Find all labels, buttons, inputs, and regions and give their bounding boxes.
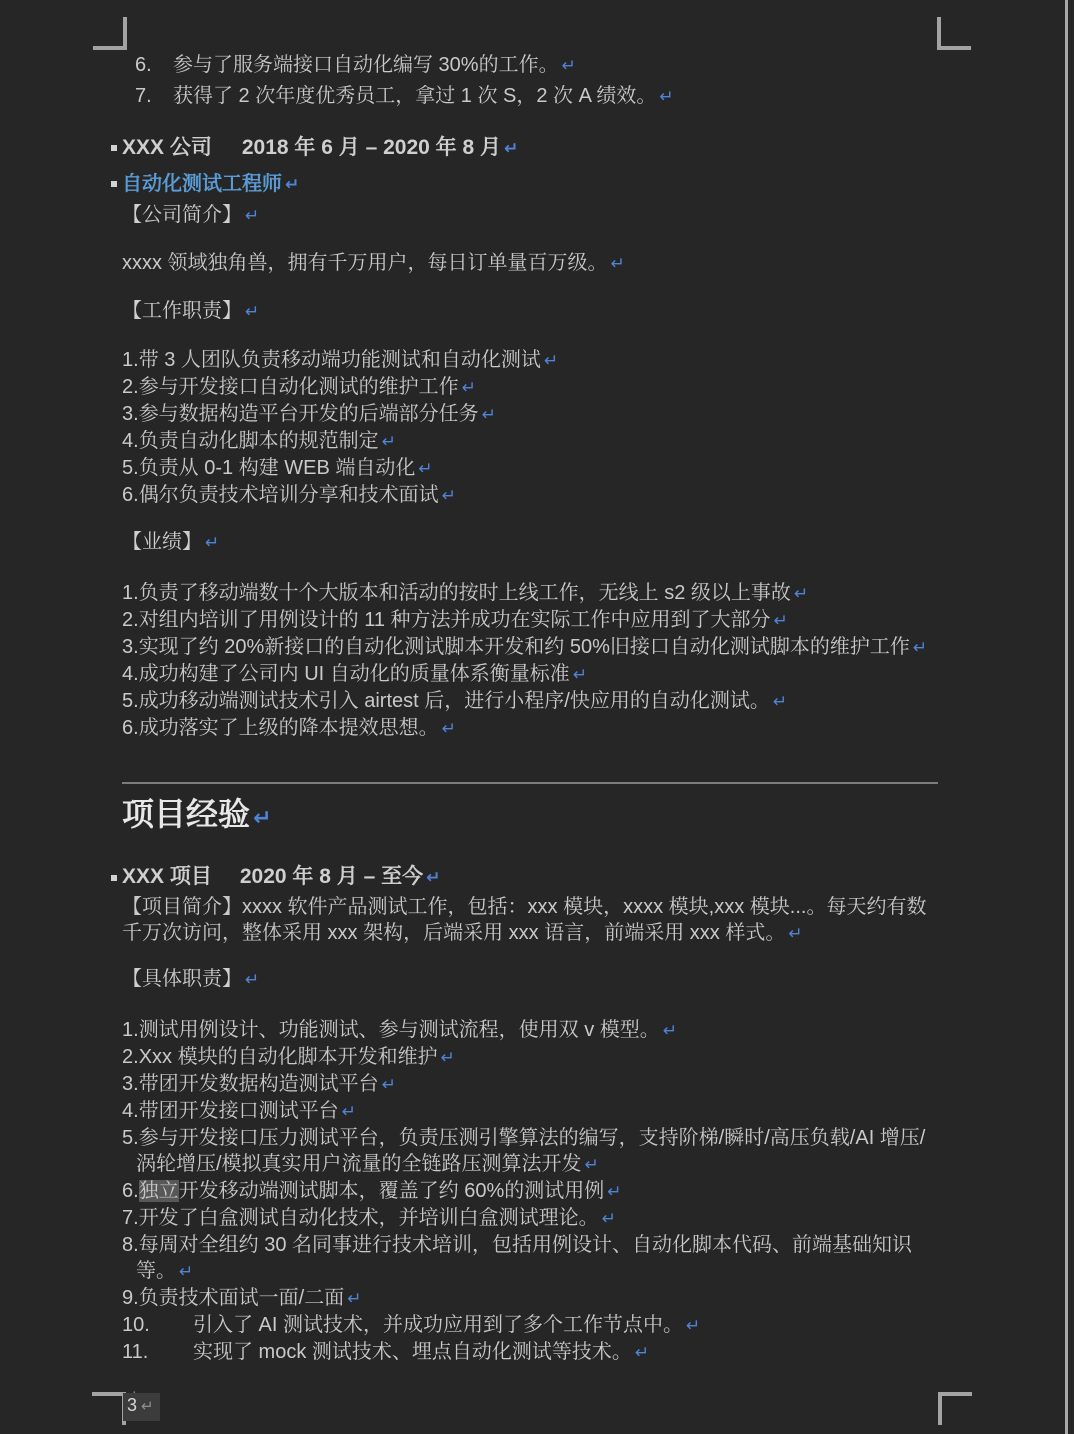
page-number: 3 (127, 1395, 137, 1415)
list-item[interactable]: 5.成功移动端测试技术引入 airtest 后，进行小程序/快应用的自动化测试。… (122, 688, 938, 715)
list-item[interactable]: 9.负责技术面试一面/二面↵ (122, 1285, 938, 1312)
label-text: 【业绩】 (122, 531, 202, 553)
list-item[interactable]: 7.获得了 2 次年度优秀员工，拿过 1 次 S，2 次 A 绩效。↵ (122, 83, 938, 110)
projects-section: 项目经验↵ (122, 782, 938, 837)
item-text: 参与了服务端接口自动化编写 30%的工作。 (173, 54, 559, 76)
paragraph-mark-icon: ↵ (285, 175, 299, 194)
item-text: 对组内培训了用例设计的 11 种方法并成功在实际工作中应用到了大部分 (139, 609, 771, 631)
item-number: 3. (122, 636, 139, 658)
list-item[interactable]: 6.偶尔负责技术培训分享和技术面试↵ (122, 482, 938, 509)
list-item[interactable]: 11.实现了 mock 测试技术、埋点自动化测试等技术。↵ (122, 1339, 938, 1366)
item-number: 2. (122, 376, 139, 398)
paragraph-mark-icon: ↵ (418, 459, 432, 478)
list-item[interactable]: 3.实现了约 20%新接口的自动化测试脚本开发和约 50%旧接口自动化测试脚本的… (122, 634, 938, 661)
item-number: 2. (122, 609, 139, 631)
paragraph-mark-icon: ↵ (482, 405, 496, 424)
paragraph-mark-icon: ↵ (611, 254, 625, 273)
list-item[interactable]: 6.成功落实了上级的降本提效思想。↵ (122, 715, 938, 742)
company-intro-paragraph[interactable]: xxxx 领域独角兽，拥有千万用户，每日订单量百万级。↵ (122, 250, 938, 277)
list-item[interactable]: 3.带团开发数据构造测试平台↵ (122, 1071, 938, 1098)
paragraph-mark-icon: ↵ (585, 1155, 599, 1174)
item-number: 6. (122, 717, 139, 739)
item-number: 5. (122, 690, 139, 712)
list-item[interactable]: 7.开发了白盒测试自动化技术，并培训白盒测试理论。↵ (122, 1205, 938, 1232)
item-number: 5. (122, 457, 139, 479)
item-text: 参与数据构造平台开发的后端部分任务 (139, 403, 479, 425)
previous-section-list: 6.参与了服务端接口自动化编写 30%的工作。↵ 7.获得了 2 次年度优秀员工… (122, 52, 938, 110)
paragraph-mark-icon: ↵ (462, 378, 476, 397)
list-item[interactable]: 6.独立开发移动端测试脚本，覆盖了约 60%的测试用例↵ (122, 1178, 938, 1205)
item-text: 负责从 0-1 构建 WEB 端自动化 (139, 457, 416, 479)
paragraph-mark-icon: ↵ (205, 533, 219, 552)
item-text: 成功构建了公司内 UI 自动化的质量体系衡量标准 (139, 663, 570, 685)
projects-section-title[interactable]: 项目经验↵ (122, 795, 938, 837)
paragraph-mark-icon: ↵ (347, 1289, 361, 1308)
label-text: 【公司简介】 (122, 204, 242, 226)
list-item[interactable]: 2.Xxx 模块的自动化脚本开发和维护↵ (122, 1044, 938, 1071)
paragraph-mark-icon: ↵ (573, 665, 587, 684)
paragraph-mark-icon: ↵ (382, 432, 396, 451)
item-number: 1. (122, 582, 139, 604)
paragraph-mark-icon: ↵ (562, 56, 576, 75)
company-duties-label[interactable]: 【工作职责】↵ (122, 298, 938, 325)
item-text: 获得了 2 次年度优秀员工，拿过 1 次 S，2 次 A 绩效。 (173, 85, 656, 107)
empty-paragraph[interactable]: ↵ (122, 1387, 938, 1408)
item-number: 1. (122, 349, 139, 371)
item-text: 实现了约 20%新接口的自动化测试脚本开发和约 50%旧接口自动化测试脚本的维护… (139, 636, 910, 658)
list-item[interactable]: 2.对组内培训了用例设计的 11 种方法并成功在实际工作中应用到了大部分↵ (122, 607, 938, 634)
item-number: 10. (122, 1312, 193, 1338)
paragraph-mark-icon: ↵ (773, 692, 787, 711)
section-title-text: 项目经验 (122, 796, 250, 832)
item-text: 带团开发数据构造测试平台 (139, 1073, 379, 1095)
item-number: 8. (122, 1234, 139, 1256)
item-text: 引入了 AI 测试技术，并成功应用到了多个工作节点中。 (193, 1314, 683, 1336)
paragraph-mark-icon: ↵ (607, 1182, 621, 1201)
page-number-field[interactable]: 3↵ (123, 1393, 160, 1421)
item-text: 负责了移动端数十个大版本和活动的按时上线工作，无线上 s2 级以上事故 (139, 582, 791, 604)
highlighted-text: 独立 (139, 1180, 179, 1202)
item-text: 负责技术面试一面/二面 (139, 1287, 345, 1309)
text-boundary-mark-bottom-left (92, 1392, 126, 1425)
paragraph-mark-icon: ↵ (179, 1262, 193, 1281)
list-item[interactable]: 1.负责了移动端数十个大版本和活动的按时上线工作，无线上 s2 级以上事故↵ (122, 580, 938, 607)
heading-bullet-icon (111, 875, 117, 881)
project-heading[interactable]: XXX 项目2020 年 8 月 – 至今↵ (122, 864, 938, 891)
paragraph-mark-icon: ↵ (602, 1209, 616, 1228)
list-item[interactable]: 1.带 3 人团队负责移动端功能测试和自动化测试↵ (122, 347, 938, 374)
list-item[interactable]: 4.带团开发接口测试平台↵ (122, 1098, 938, 1125)
paragraph-mark-icon: ↵ (659, 87, 673, 106)
item-number: 4. (122, 430, 139, 452)
company-heading[interactable]: XXX 公司2018 年 6 月 – 2020 年 8 月↵ (122, 134, 938, 163)
paragraph-mark-icon: ↵ (544, 351, 558, 370)
heading-bullet-icon (111, 145, 117, 151)
item-number: 6. (135, 52, 173, 79)
paragraph-mark-icon: ↵ (342, 1102, 356, 1121)
item-number: 6. (122, 1180, 139, 1202)
paragraph-mark-icon: ↵ (442, 486, 456, 505)
text-boundary-mark-bottom-right (938, 1392, 972, 1425)
paragraph-text: xxxx 领域独角兽，拥有千万用户，每日订单量百万级。 (122, 252, 608, 274)
list-item[interactable]: 5.负责从 0-1 构建 WEB 端自动化↵ (122, 455, 938, 482)
item-text: 带 3 人团队负责移动端功能测试和自动化测试 (139, 349, 541, 371)
item-number: 7. (135, 83, 173, 110)
company-achievements-label[interactable]: 【业绩】↵ (122, 529, 938, 556)
right-window-edge (1065, 0, 1068, 1434)
heading-bullet-icon (111, 181, 117, 187)
list-item[interactable]: 1.测试用例设计、功能测试、参与测试流程，使用双 v 模型。↵ (122, 1017, 938, 1044)
paragraph-mark-icon: ↵ (794, 584, 808, 603)
item-number: 1. (122, 1019, 139, 1041)
list-item[interactable]: 8.每周对全组约 30 名同事进行技术培训，包括用例设计、自动化脚本代码、前端基… (122, 1232, 938, 1285)
item-number: 3. (122, 1073, 139, 1095)
item-text: 开发了白盒测试自动化技术，并培训白盒测试理论。 (139, 1207, 599, 1229)
paragraph-mark-icon: ↵ (442, 719, 456, 738)
paragraph-mark-icon: ↵ (663, 1021, 677, 1040)
project-name: XXX 项目 (122, 865, 212, 888)
item-text: 测试用例设计、功能测试、参与测试流程，使用双 v 模型。 (139, 1019, 660, 1041)
document-content: 6.参与了服务端接口自动化编写 30%的工作。↵ 7.获得了 2 次年度优秀员工… (122, 52, 938, 1408)
paragraph-mark-icon: ↵ (774, 611, 788, 630)
paragraph-mark-icon: ↵ (253, 805, 271, 830)
page-footer: 3↵ (123, 1393, 160, 1421)
item-number: 5. (122, 1127, 139, 1149)
company-duties-list: 1.带 3 人团队负责移动端功能测试和自动化测试↵ 2.参与开发接口自动化测试的… (122, 347, 938, 509)
item-text: Xxx 模块的自动化脚本开发和维护 (139, 1046, 438, 1068)
company-period: 2018 年 6 月 – 2020 年 8 月 (242, 136, 501, 159)
label-text: 【工作职责】 (122, 300, 242, 322)
project-intro-paragraph[interactable]: 【项目简介】xxxx 软件产品测试工作，包括：xxx 模块，xxxx 模块,xx… (122, 894, 938, 947)
list-item[interactable]: 5.参与开发接口压力测试平台，负责压测引擎算法的编写，支持阶梯/瞬时/高压负载/… (122, 1125, 938, 1178)
paragraph-mark-icon: ↵ (788, 924, 802, 943)
job-title-heading[interactable]: 自动化测试工程师↵ (122, 172, 938, 197)
text-boundary-mark-top-right (937, 17, 971, 50)
company-name: XXX 公司 (122, 136, 212, 159)
item-text: 带团开发接口测试平台 (139, 1100, 339, 1122)
item-text: 每周对全组约 30 名同事进行技术培训，包括用例设计、自动化脚本代码、前端基础知… (136, 1234, 912, 1282)
project-duties-list: 1.测试用例设计、功能测试、参与测试流程，使用双 v 模型。↵ 2.Xxx 模块… (122, 1017, 938, 1366)
paragraph-text: 【项目简介】xxxx 软件产品测试工作，包括：xxx 模块，xxxx 模块,xx… (122, 896, 926, 944)
item-text: 实现了 mock 测试技术、埋点自动化测试等技术。 (193, 1341, 632, 1363)
item-number: 2. (122, 1046, 139, 1068)
paragraph-mark-icon: ↵ (635, 1343, 649, 1362)
item-number: 7. (122, 1207, 139, 1229)
document-page[interactable]: 6.参与了服务端接口自动化编写 30%的工作。↵ 7.获得了 2 次年度优秀员工… (0, 0, 1074, 1434)
list-item[interactable]: 4.负责自动化脚本的规范制定↵ (122, 428, 938, 455)
item-number: 9. (122, 1287, 139, 1309)
paragraph-mark-icon: ↵ (245, 302, 259, 321)
item-text: 负责自动化脚本的规范制定 (139, 430, 379, 452)
paragraph-mark-icon: ↵ (441, 1048, 455, 1067)
company-achievements-list: 1.负责了移动端数十个大版本和活动的按时上线工作，无线上 s2 级以上事故↵ 2… (122, 580, 938, 742)
item-text: 开发移动端测试脚本，覆盖了约 60%的测试用例 (179, 1180, 605, 1202)
item-number: 11. (122, 1339, 193, 1365)
paragraph-mark-icon: ↵ (382, 1075, 396, 1094)
item-number: 6. (122, 484, 139, 506)
paragraph-mark-icon: ↵ (141, 1398, 154, 1415)
item-text: 偶尔负责技术培训分享和技术面试 (139, 484, 439, 506)
item-number: 3. (122, 403, 139, 425)
paragraph-mark-icon: ↵ (686, 1316, 700, 1335)
paragraph-mark-icon: ↵ (913, 638, 927, 657)
item-text: 成功落实了上级的降本提效思想。 (139, 717, 439, 739)
paragraph-mark-icon: ↵ (426, 868, 440, 887)
job-title: 自动化测试工程师 (122, 173, 282, 195)
project-duties-label[interactable]: 【具体职责】↵ (122, 966, 938, 993)
paragraph-mark-icon: ↵ (245, 970, 259, 989)
paragraph-mark-icon: ↵ (245, 206, 259, 225)
list-item[interactable]: 10.引入了 AI 测试技术，并成功应用到了多个工作节点中。↵ (122, 1312, 938, 1339)
list-item[interactable]: 6.参与了服务端接口自动化编写 30%的工作。↵ (122, 52, 938, 79)
paragraph-mark-icon: ↵ (504, 139, 518, 158)
item-number: 4. (122, 663, 139, 685)
list-item[interactable]: 2.参与开发接口自动化测试的维护工作↵ (122, 374, 938, 401)
list-item[interactable]: 3.参与数据构造平台开发的后端部分任务↵ (122, 401, 938, 428)
label-text: 【具体职责】 (122, 968, 242, 990)
text-boundary-mark-top-left (93, 17, 127, 50)
project-period: 2020 年 8 月 – 至今 (240, 865, 423, 888)
list-item[interactable]: 4.成功构建了公司内 UI 自动化的质量体系衡量标准↵ (122, 661, 938, 688)
item-text: 参与开发接口自动化测试的维护工作 (139, 376, 459, 398)
company-intro-label[interactable]: 【公司简介】↵ (122, 202, 938, 229)
item-number: 4. (122, 1100, 139, 1122)
item-text: 成功移动端测试技术引入 airtest 后，进行小程序/快应用的自动化测试。 (139, 690, 770, 712)
item-text: 参与开发接口压力测试平台，负责压测引擎算法的编写，支持阶梯/瞬时/高压负载/AI… (136, 1127, 925, 1175)
